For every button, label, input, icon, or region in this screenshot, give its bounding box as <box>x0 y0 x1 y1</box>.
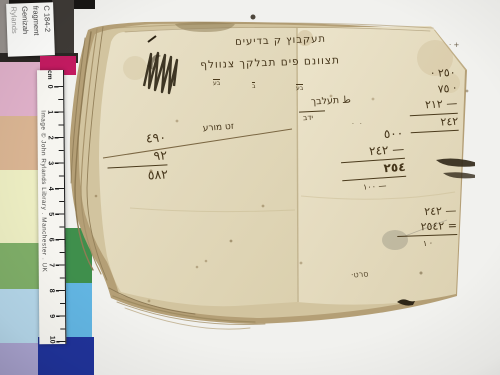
calc-remainder: · ١ <box>397 235 457 252</box>
calc-line: ٢٥٠ · <box>407 65 456 83</box>
color-patch-lavender <box>0 343 40 375</box>
ruler-mark: 2 <box>47 133 54 143</box>
foxing-speckles <box>0 0 2 2</box>
shelfmark-line: Rylands <box>8 6 21 53</box>
copyright-text: Image © John Rylands Library . Mancheste… <box>39 110 47 272</box>
color-patch-green <box>0 243 40 289</box>
handwriting-submark: ב <box>252 82 255 90</box>
handwriting-submark: בע <box>296 84 303 92</box>
ruler-mark: 4 <box>47 184 54 194</box>
arithmetic-column-lower: — ٢٤٢ = ٢٥٤٢ · ١ <box>396 203 458 252</box>
color-patch-pink <box>0 62 40 116</box>
arithmetic-column-right: ٢٥٠ · · ٧٥ — ٢١٢ ٢٤٢ <box>407 65 458 133</box>
ruler-mark: 3 <box>47 158 54 168</box>
ruler-mark: 6 <box>48 235 55 245</box>
arithmetic-column-left-page: ٤٩٠ ٩٢ ٥٨٢ <box>106 128 169 186</box>
calc-total: ٢٤٢ <box>410 113 459 133</box>
shelfmark-line: C 184-2 <box>41 5 54 52</box>
ruler-unit-label: cm <box>46 70 53 79</box>
calc-line: = ٢٥٤٢ <box>397 218 458 237</box>
ruler-mark: 5 <box>48 209 55 219</box>
digitized-manuscript-photo: Rylands Genizah fragment C 184-2 cm 0 1 … <box>0 0 500 375</box>
color-patch-tan <box>0 116 40 170</box>
handwriting-corner-mark: + · <box>449 41 459 49</box>
handwriting-submark: בע <box>213 79 220 87</box>
color-patch-pale-yellow <box>0 170 40 243</box>
ruler-mark: 0 <box>47 82 54 92</box>
handwriting-bottom-word: סרט· <box>351 270 369 280</box>
color-patch-light-blue <box>0 289 40 343</box>
shelfmark-label: Rylands Genizah fragment C 184-2 <box>6 2 55 57</box>
calc-total: ٥٨٢ <box>108 165 169 186</box>
arithmetic-column-middle: ٥٠٠ — ٢٤٢ ٢٥٤ — ١٠٠ <box>339 125 408 197</box>
handwriting-line-3b: ידב <box>303 113 314 123</box>
ruler-mark: 1 <box>47 107 54 117</box>
